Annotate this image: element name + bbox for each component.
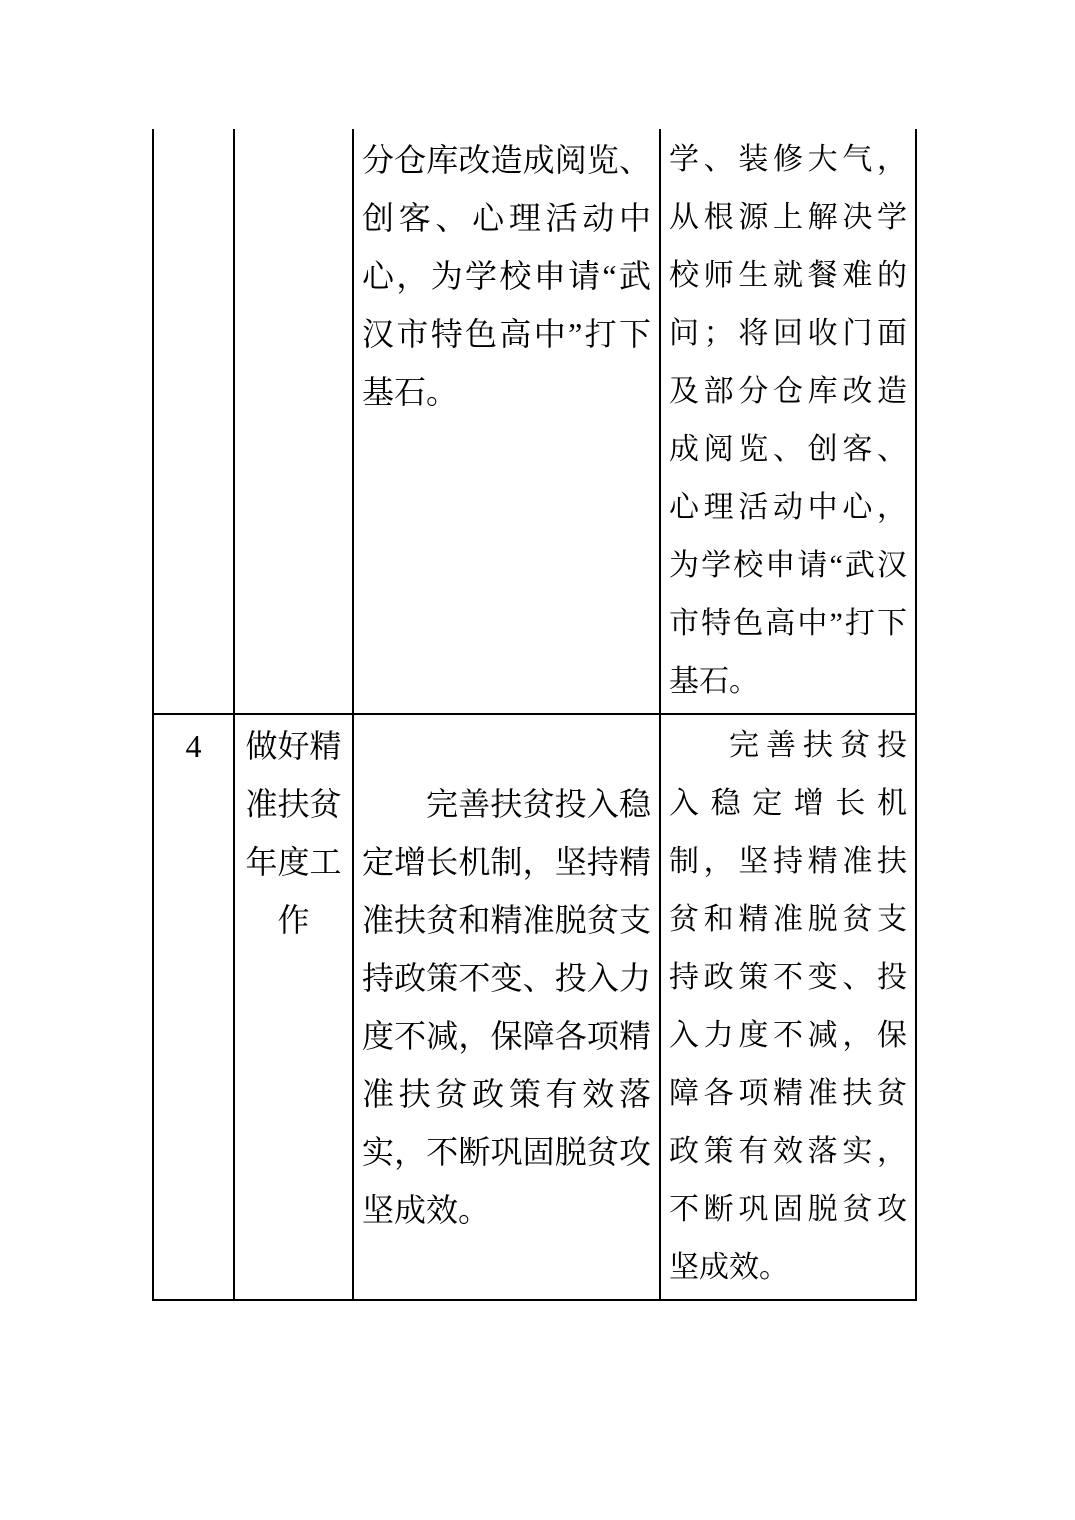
cell-task-title-continued xyxy=(234,129,353,714)
table-row-4: 4 做好精准扶贫年度工作 完善扶贫投入稳定增长机制，坚持精准扶贫和精准脱贫支持政… xyxy=(153,714,916,1300)
cell-row-number-continued xyxy=(153,129,234,714)
work-plan-table: 分仓库改造成阅览、创客、心理活动中心，为学校申请“武汉市特色高中”打下基石。 学… xyxy=(152,129,917,1301)
cell-progress-continued: 学、装修大气，从根源上解决学校师生就餐难的问；将回收门面及部分仓库改造成阅览、创… xyxy=(660,129,916,714)
cell-measures: 完善扶贫投入稳定增长机制，坚持精准扶贫和精准脱贫支持政策不变、投入力度不减，保障… xyxy=(353,714,660,1300)
table-row-continued: 分仓库改造成阅览、创客、心理活动中心，为学校申请“武汉市特色高中”打下基石。 学… xyxy=(153,129,916,714)
cell-task-title: 做好精准扶贫年度工作 xyxy=(234,714,353,1300)
document-page: 分仓库改造成阅览、创客、心理活动中心，为学校申请“武汉市特色高中”打下基石。 学… xyxy=(0,0,1075,1520)
cell-progress: 完善扶贫投入稳定增长机制，坚持精准扶贫和精准脱贫支持政策不变、投入力度不减，保障… xyxy=(660,714,916,1300)
cell-row-number: 4 xyxy=(153,714,234,1300)
cell-measures-continued: 分仓库改造成阅览、创客、心理活动中心，为学校申请“武汉市特色高中”打下基石。 xyxy=(353,129,660,714)
